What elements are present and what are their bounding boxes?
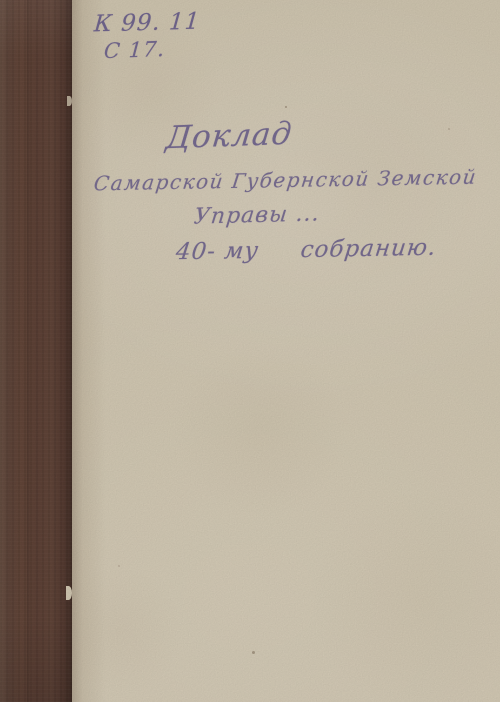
paper-speck	[448, 128, 450, 130]
word-gap	[258, 257, 300, 258]
spine-torn-edge	[67, 96, 72, 106]
leather-spine	[0, 0, 72, 702]
title-line1: Доклад	[164, 116, 294, 157]
title-line4: 40- мусобранию.	[174, 235, 438, 266]
call-number-line2: С 17.	[103, 37, 166, 63]
title-line4-number: 40- му	[174, 238, 260, 266]
spine-left-highlight	[0, 0, 22, 702]
paper-speck	[285, 106, 287, 108]
title-line3: Управы ...	[193, 201, 322, 229]
spine-shadow	[70, 0, 106, 702]
call-number-line1: К 99. 11	[93, 9, 201, 38]
spine-crease-line	[27, 0, 31, 702]
scanned-book-cover: К 99. 11 С 17. Доклад Самарской Губернск…	[0, 0, 500, 702]
paper-speck	[118, 565, 120, 567]
paper-speck	[252, 651, 255, 654]
title-line4-word: собранию.	[299, 235, 438, 263]
